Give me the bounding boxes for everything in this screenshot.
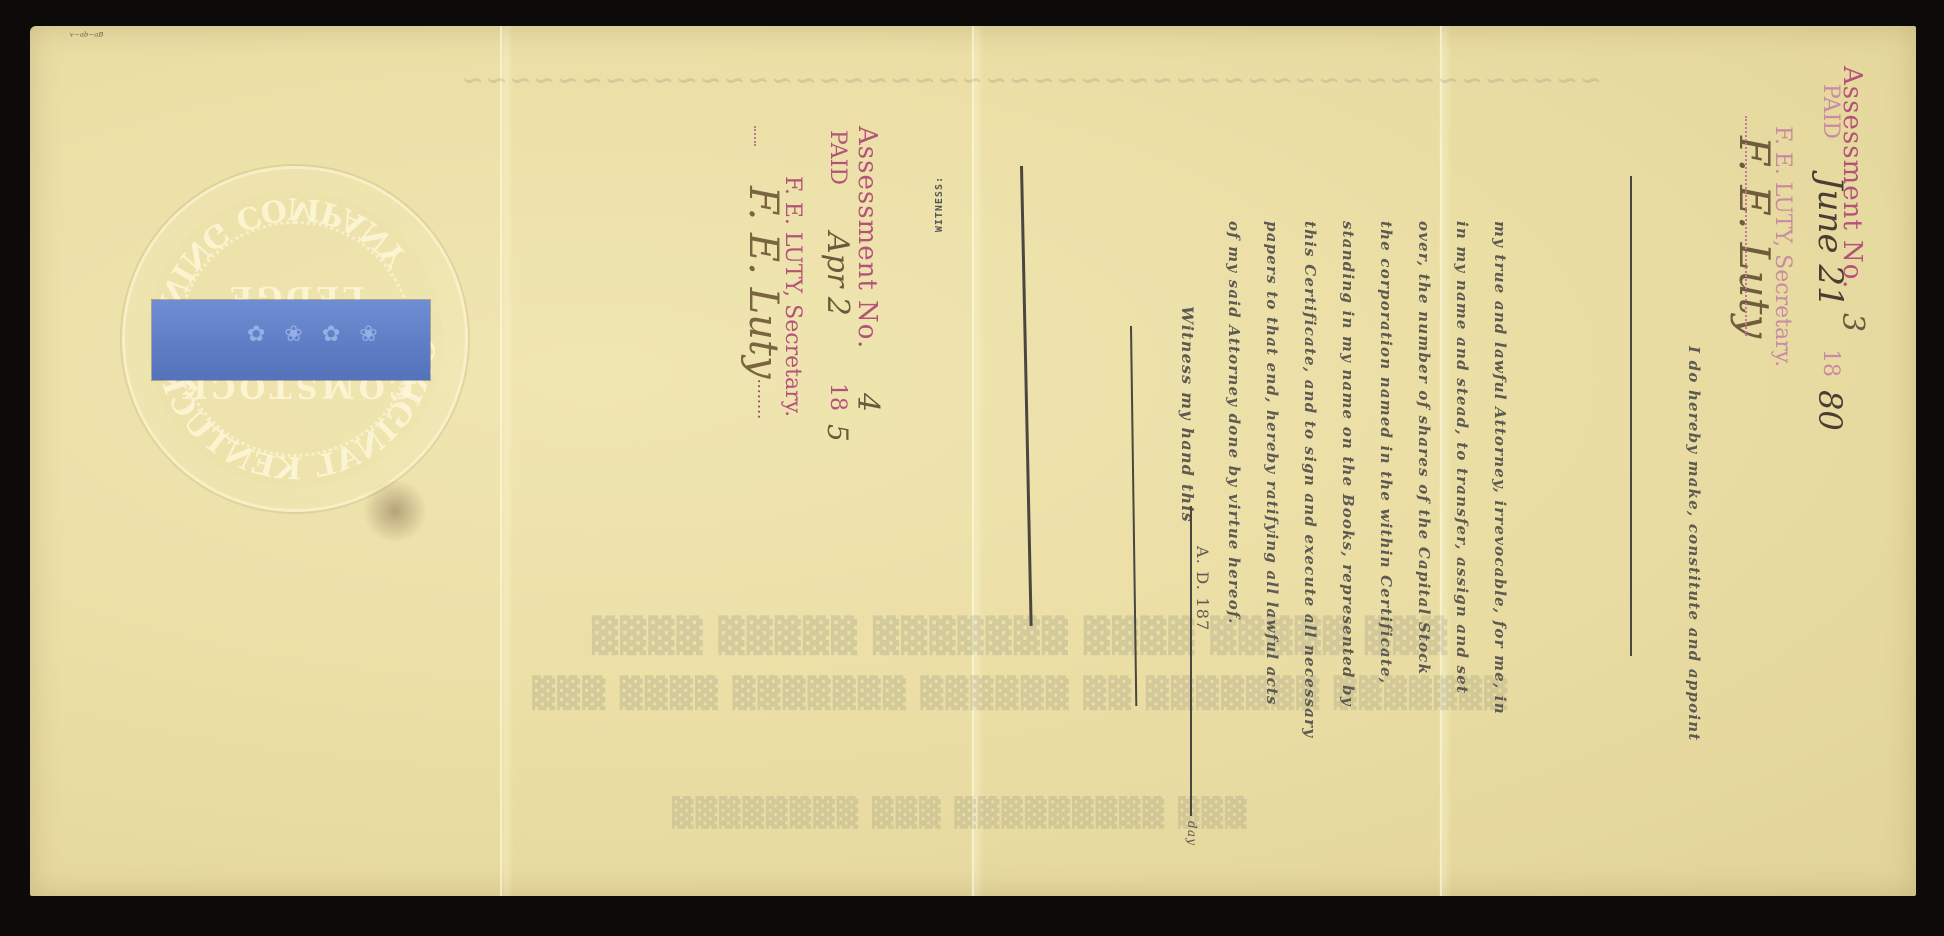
signature-left: F. E. Luty........ (740, 186, 786, 419)
fold-line (500, 26, 502, 896)
day-label: day (1185, 821, 1199, 846)
pencil-scribble: ᵛ⁻ᵃᵇ⁻ᵃᴮ (70, 30, 103, 43)
stamp-mark (754, 126, 756, 146)
fold-line (972, 26, 974, 896)
stamp-dotted-line (1745, 116, 1747, 336)
assignment-line-6: standing in my name on the Books, repres… (1339, 221, 1357, 707)
attorney-name-line (1630, 176, 1632, 656)
ornament-icon: ✿ ❀ ✿ ❀ (247, 322, 384, 347)
paid-date-handwritten: June 21 (1810, 176, 1850, 308)
ad-label: A. D. 187 (1193, 546, 1212, 632)
ink-smudge (360, 481, 430, 541)
assignment-line-4: over, the number of shares of the Capita… (1415, 221, 1433, 675)
witness-line-text: Witness my hand this (1178, 306, 1197, 523)
assignment-line-5: the corporation named in the within Cert… (1377, 221, 1395, 684)
certificate-paper: ~~~~~~~~~~~~~~~~~~~~~~~~~~~~~~~~~~~~~~~~… (30, 26, 1916, 896)
assessment-number-handwritten: 4 (850, 393, 885, 413)
witness-label: WITNESS: (934, 176, 945, 232)
show-through-text: ▓▓▓▓▓▓▓ ▓▓▓▓▓▓▓ ▓▓ ▓▓▓▓▓▓ ▓▓▓▓▓▓▓ ▓▓▓▓ ▓… (530, 676, 1507, 711)
fold-line (1440, 26, 1442, 896)
assessment-stamp-left-line1: Assessment No. 4 (850, 126, 885, 413)
show-through-text: ▓▓▓ ▓▓▓▓▓▓▓▓▓ ▓▓▓ ▓▓▓▓▓▓▓▓ (670, 796, 1247, 829)
assignment-line-2: my true and lawful Attorney, irrevocable… (1491, 221, 1509, 715)
blue-seal-strip: ✿ ❀ ✿ ❀ (152, 300, 430, 380)
signature-right: F. E. Luty (1730, 136, 1779, 338)
signature-line (1020, 166, 1033, 626)
paid-date-handwritten: Apr 2 (820, 232, 855, 316)
assignment-line-1: I do hereby make, constitute and appoint (1685, 346, 1703, 741)
assignment-line-8: papers to that end, hereby ratifying all… (1263, 221, 1281, 706)
show-through-text: ~~~~~~~~~~~~~~~~~~~~~~~~~~~~~~~~~~~~~~~~… (460, 66, 1602, 96)
assignment-line-9: of my said Attorney done by virtue hereo… (1225, 221, 1243, 625)
paid-stamp-left: PAID Apr 2 18 5 (820, 130, 855, 442)
date-line (1190, 506, 1192, 816)
paid-stamp-right: PAID June 21 18 80 (1810, 84, 1850, 430)
assignment-line-7: this Certificate, and to sign and execut… (1301, 221, 1319, 738)
assignment-line-3: in my name and stead, to transfer, assig… (1453, 221, 1471, 694)
